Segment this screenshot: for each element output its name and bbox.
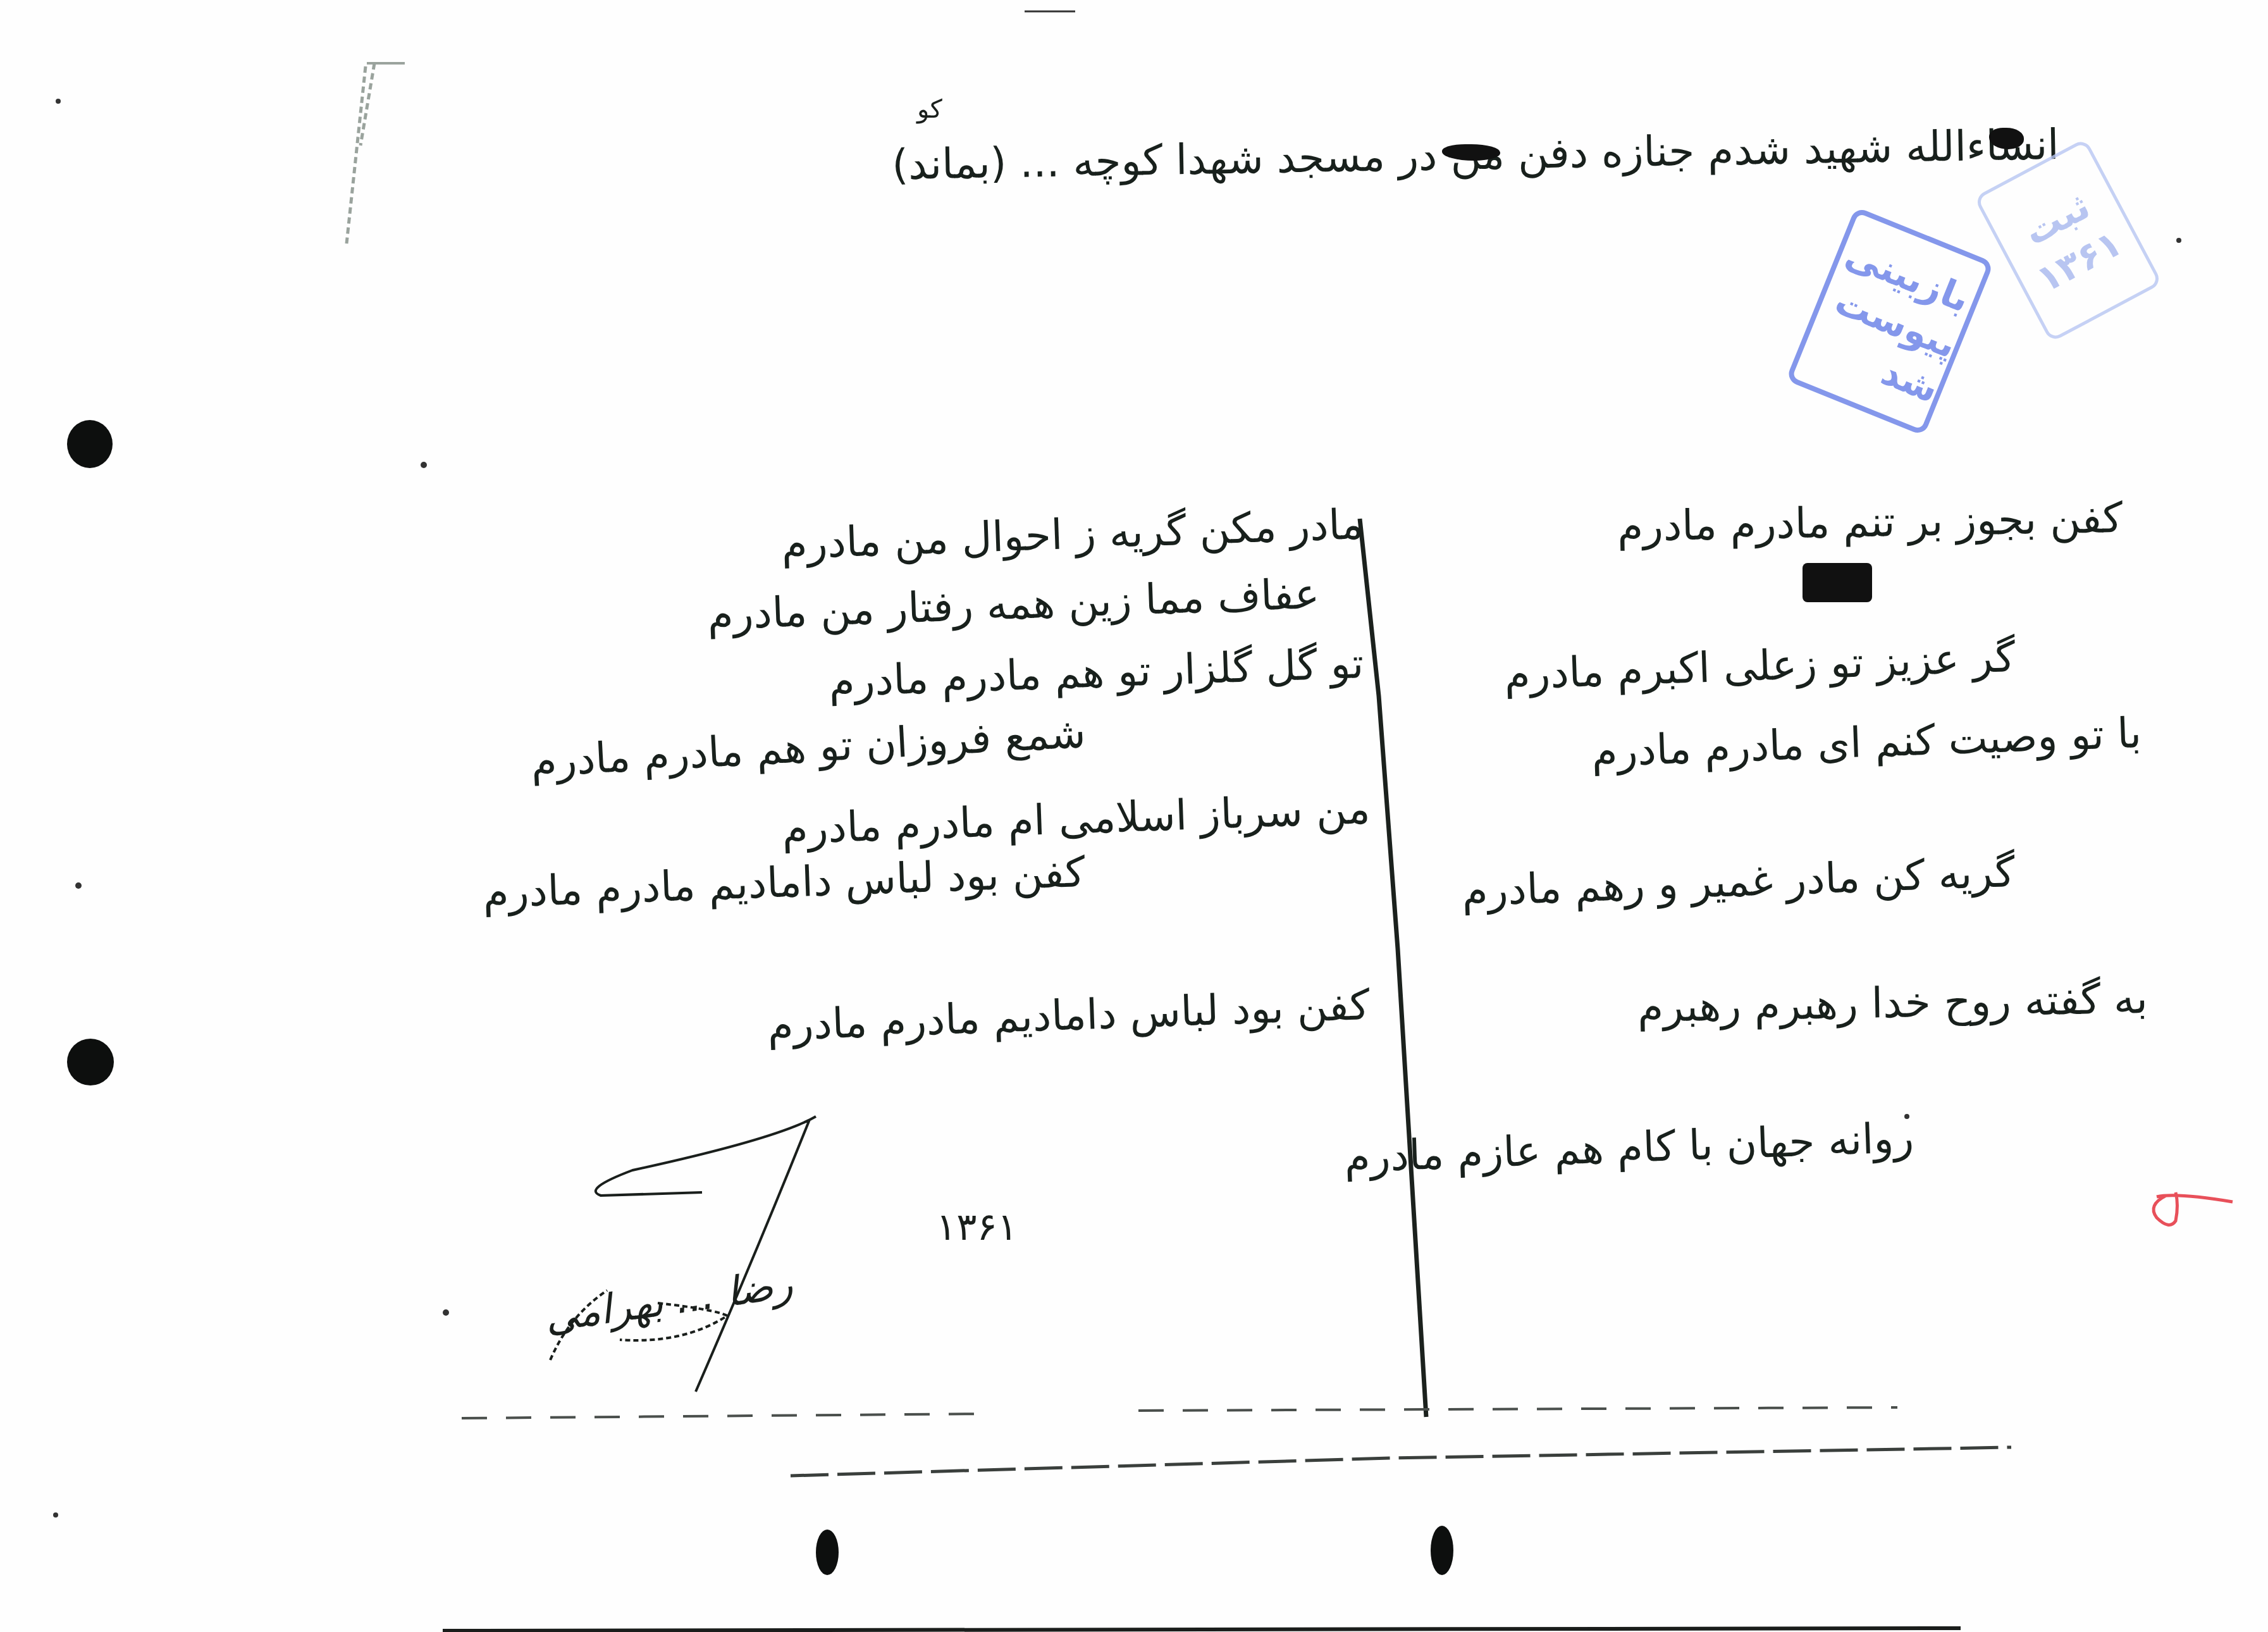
crossed-out-word bbox=[1803, 563, 1872, 602]
scanned-page: انشاءالله شهید شدم جنازه دفن من در مسجد … bbox=[0, 0, 2268, 1632]
right-verse-1: کفن بجوز بر تنم مادرم مادرم bbox=[1617, 493, 2123, 551]
punch-hole bbox=[67, 1039, 114, 1085]
right-verse-5: به گفته روح خدا رهبرم رهبرم bbox=[1637, 974, 2148, 1032]
header-annotation: کو bbox=[917, 95, 942, 124]
punch-hole bbox=[67, 420, 113, 468]
punch-hole bbox=[1431, 1526, 1453, 1575]
handwritten-number: ۱۳۶۱ bbox=[936, 1205, 1018, 1249]
punch-hole bbox=[816, 1530, 839, 1575]
